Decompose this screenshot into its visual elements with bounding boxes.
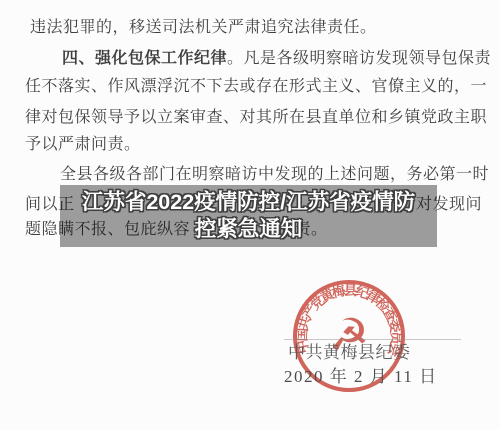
doc-line-5: 予以严肃问责。 — [25, 131, 141, 154]
doc-line-2: 四、强化包保工作纪律。凡是各级明察暗访发现领导包保责 — [62, 45, 491, 68]
section-heading: 四、强化包保工作纪律 — [62, 50, 227, 67]
watermark-title-line-1: 江苏省2022疫情防控/江苏省疫情防 — [82, 189, 415, 216]
watermark-title-line-2: 控紧急通知 — [195, 216, 303, 243]
doc-line-2-rest: 。凡是各级明察暗访发现领导包保责 — [227, 50, 491, 67]
doc-line-3: 任不落实、作风漂浮沉不下去或存在形式主义、官僚主义的，一 — [25, 73, 487, 96]
document-date: 2020 年 2 月 11 日 — [284, 362, 438, 387]
signer-name: 中共黄梅县纪委 — [288, 338, 411, 363]
scanned-document-page: 违法犯罪的，移送司法机关严肃追究法律责任。 四、强化包保工作纪律。凡是各级明察暗… — [0, 0, 500, 430]
doc-line-4: 律对包保领导予以立案审查、对其所在县直单位和乡镇党政主职 — [25, 104, 487, 127]
doc-line-1: 违法犯罪的，移送司法机关严肃追究法律责任。 — [30, 14, 377, 37]
watermark-title-overlay: 江苏省2022疫情防控/江苏省疫情防 控紧急通知 — [60, 185, 437, 247]
doc-line-6: 全县各级各部门在明察暗访中发现的上述问题，务必第一时 — [60, 161, 489, 184]
